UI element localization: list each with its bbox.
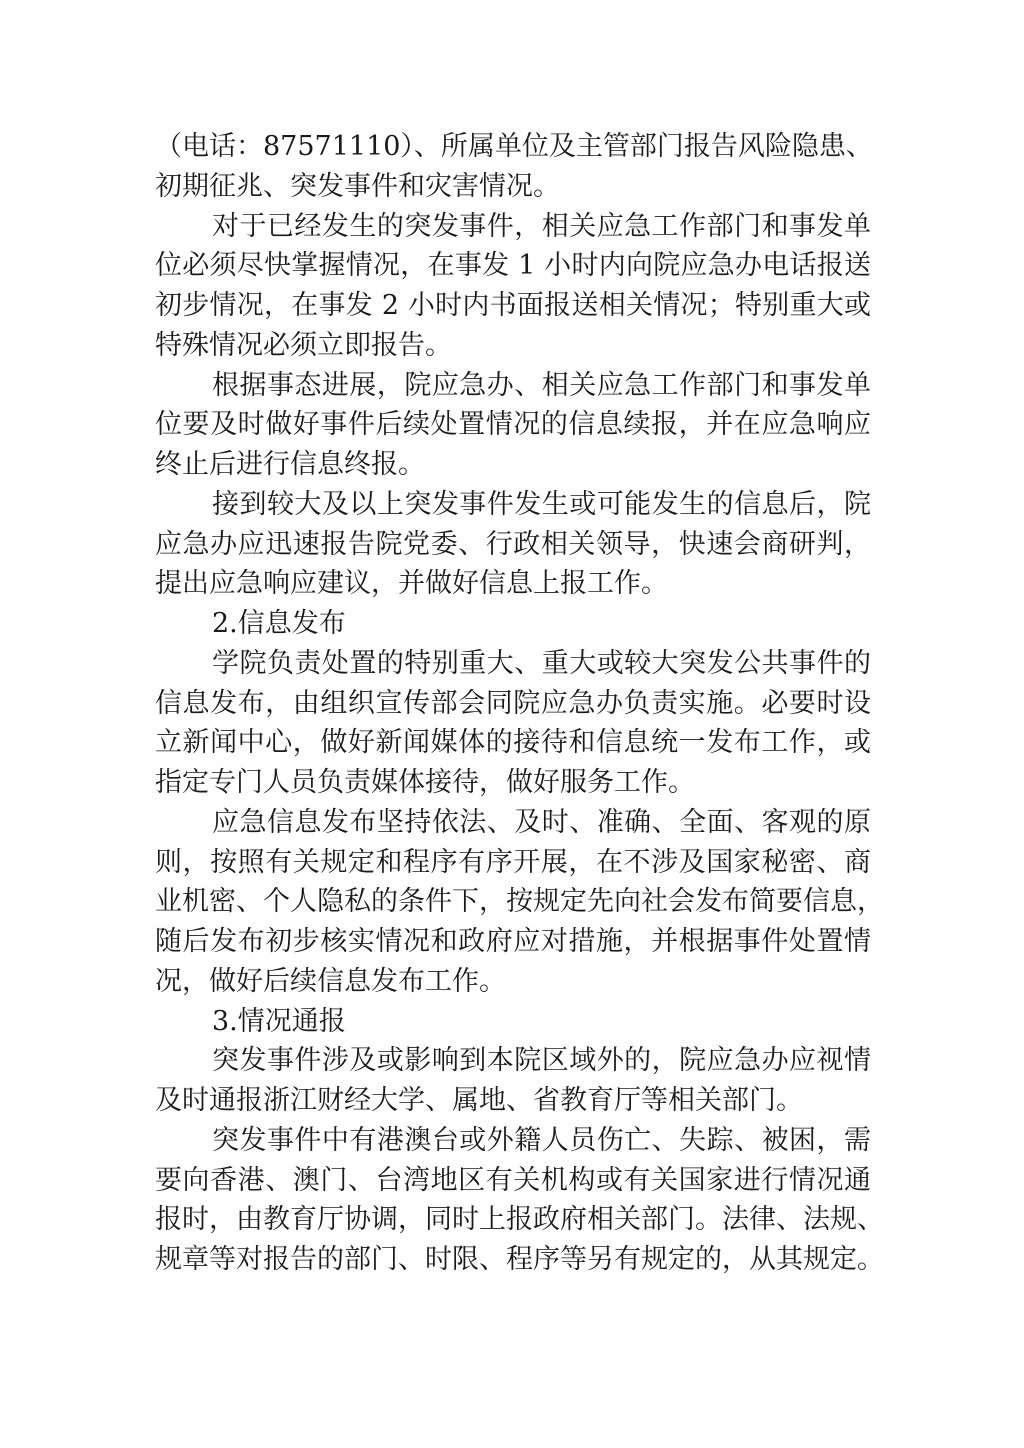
- paragraph-info-release-responsibility: 学院负责处置的特别重大、重大或较大突发公共事件的 信息发布，由组织宣传部会同院应…: [155, 644, 871, 803]
- text-line: 终止后进行信息终报。: [155, 445, 871, 485]
- text-line: 立新闻中心，做好新闻媒体的接待和信息统一发布工作，或: [155, 723, 871, 763]
- text-line: 初期征兆、突发事件和灾害情况。: [155, 167, 871, 207]
- text-line: 规章等对报告的部门、时限、程序等另有规定的，从其规定。: [155, 1240, 871, 1280]
- text-line: 报时，由教育厅协调，同时上报政府相关部门。法律、法规、: [155, 1200, 871, 1240]
- paragraph-escalation: 接到较大及以上突发事件发生或可能发生的信息后，院 应急办应迅速报告院党委、行政相…: [155, 485, 871, 604]
- text-line: 提出应急响应建议，并做好信息上报工作。: [155, 564, 871, 604]
- text-line: 特殊情况必须立即报告。: [155, 326, 871, 366]
- text-line: 应急办应迅速报告院党委、行政相关领导，快速会商研判，: [155, 525, 871, 565]
- text-line: 要向香港、澳门、台湾地区有关机构或有关国家进行情况通: [155, 1161, 871, 1201]
- text-line: 况，做好后续信息发布工作。: [155, 962, 871, 1002]
- text-line: 对于已经发生的突发事件，相关应急工作部门和事发单: [155, 207, 871, 247]
- paragraph-follow-up-report: 根据事态进展，院应急办、相关应急工作部门和事发单 位要及时做好事件后续处置情况的…: [155, 366, 871, 485]
- document-page: （电话：87571110）、所属单位及主管部门报告风险隐患、 初期征兆、突发事件…: [155, 127, 871, 1280]
- paragraph-reporting-contact: （电话：87571110）、所属单位及主管部门报告风险隐患、 初期征兆、突发事件…: [155, 127, 871, 207]
- text-line: 信息发布，由组织宣传部会同院应急办负责实施。必要时设: [155, 684, 871, 724]
- paragraph-external-notice: 突发事件涉及或影响到本院区域外的，院应急办应视情 及时通报浙江财经大学、属地、省…: [155, 1041, 871, 1121]
- text-line: 及时通报浙江财经大学、属地、省教育厅等相关部门。: [155, 1081, 871, 1121]
- text-line: （电话：87571110）、所属单位及主管部门报告风险隐患、: [155, 127, 871, 167]
- text-line: 突发事件中有港澳台或外籍人员伤亡、失踪、被困，需: [155, 1121, 871, 1161]
- text-line: 根据事态进展，院应急办、相关应急工作部门和事发单: [155, 366, 871, 406]
- text-line: 位必须尽快掌握情况，在事发 1 小时内向院应急办电话报送: [155, 246, 871, 286]
- paragraph-info-release-principles: 应急信息发布坚持依法、及时、准确、全面、客观的原 则，按照有关规定和程序有序开展…: [155, 803, 871, 1002]
- text-line: 初步情况，在事发 2 小时内书面报送相关情况；特别重大或: [155, 286, 871, 326]
- text-line: 则，按照有关规定和程序有序开展，在不涉及国家秘密、商: [155, 843, 871, 883]
- paragraph-initial-report: 对于已经发生的突发事件，相关应急工作部门和事发单 位必须尽快掌握情况，在事发 1…: [155, 207, 871, 366]
- text-line: 接到较大及以上突发事件发生或可能发生的信息后，院: [155, 485, 871, 525]
- text-line: 学院负责处置的特别重大、重大或较大突发公共事件的: [155, 644, 871, 684]
- paragraph-foreign-personnel-notice: 突发事件中有港澳台或外籍人员伤亡、失踪、被困，需 要向香港、澳门、台湾地区有关机…: [155, 1121, 871, 1280]
- text-line: 业机密、个人隐私的条件下，按规定先向社会发布简要信息，: [155, 882, 871, 922]
- text-line: 指定专门人员负责媒体接待，做好服务工作。: [155, 763, 871, 803]
- text-line: 应急信息发布坚持依法、及时、准确、全面、客观的原: [155, 803, 871, 843]
- section-heading-situation-notice: 3.情况通报: [155, 1002, 871, 1042]
- text-line: 突发事件涉及或影响到本院区域外的，院应急办应视情: [155, 1041, 871, 1081]
- text-line: 随后发布初步核实情况和政府应对措施，并根据事件处置情: [155, 922, 871, 962]
- text-line: 位要及时做好事件后续处置情况的信息续报，并在应急响应: [155, 405, 871, 445]
- section-heading-info-release: 2.信息发布: [155, 604, 871, 644]
